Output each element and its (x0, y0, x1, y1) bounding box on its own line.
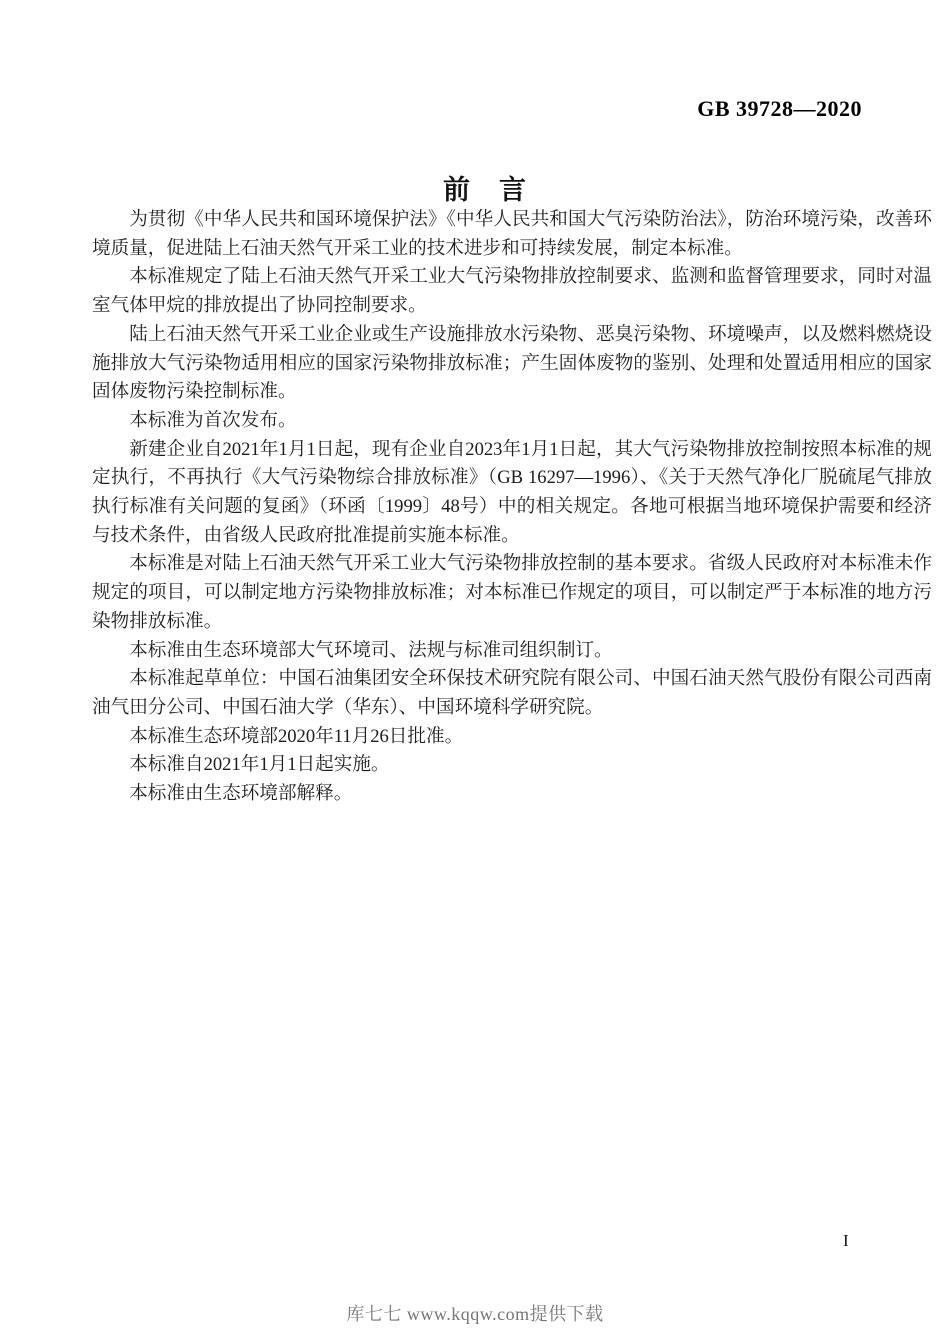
paragraph: 本标准起草单位：中国石油集团安全环保技术研究院有限公司、中国石油天然气股份有限公… (92, 665, 932, 722)
page-title: 前 言 (20, 174, 950, 206)
watermark-footer: 库七七 www.kqqw.com提供下载 (0, 1300, 950, 1326)
paragraph: 本标准自2021年1月1日起实施。 (92, 751, 932, 780)
paragraph: 本标准由生态环境部解释。 (92, 780, 932, 809)
paragraph: 本标准是对陆上石油天然气开采工业大气污染物排放控制的基本要求。省级人民政府对本标… (92, 550, 932, 636)
standard-number: GB 39728—2020 (697, 96, 862, 122)
document-page: GB 39728—2020 前 言 为贯彻《中华人民共和国环境保护法》《中华人民… (0, 0, 950, 1344)
paragraph: 本标准为首次发布。 (92, 407, 932, 436)
page-number: I (843, 1231, 849, 1251)
paragraph: 本标准生态环境部2020年11月26日批准。 (92, 723, 932, 752)
paragraph: 陆上石油天然气开采工业企业或生产设施排放水污染物、恶臭污染物、环境噪声，以及燃料… (92, 321, 932, 407)
paragraph: 本标准由生态环境部大气环境司、法规与标准司组织制订。 (92, 637, 932, 666)
paragraph: 新建企业自2021年1月1日起，现有企业自2023年1月1日起，其大气污染物排放… (92, 436, 932, 551)
paragraph: 为贯彻《中华人民共和国环境保护法》《中华人民共和国大气污染防治法》，防治环境污染… (92, 206, 932, 263)
paragraph: 本标准规定了陆上石油天然气开采工业大气污染物排放控制要求、监测和监督管理要求，同… (92, 263, 932, 320)
document-body: 为贯彻《中华人民共和国环境保护法》《中华人民共和国大气污染防治法》，防治环境污染… (92, 206, 932, 809)
